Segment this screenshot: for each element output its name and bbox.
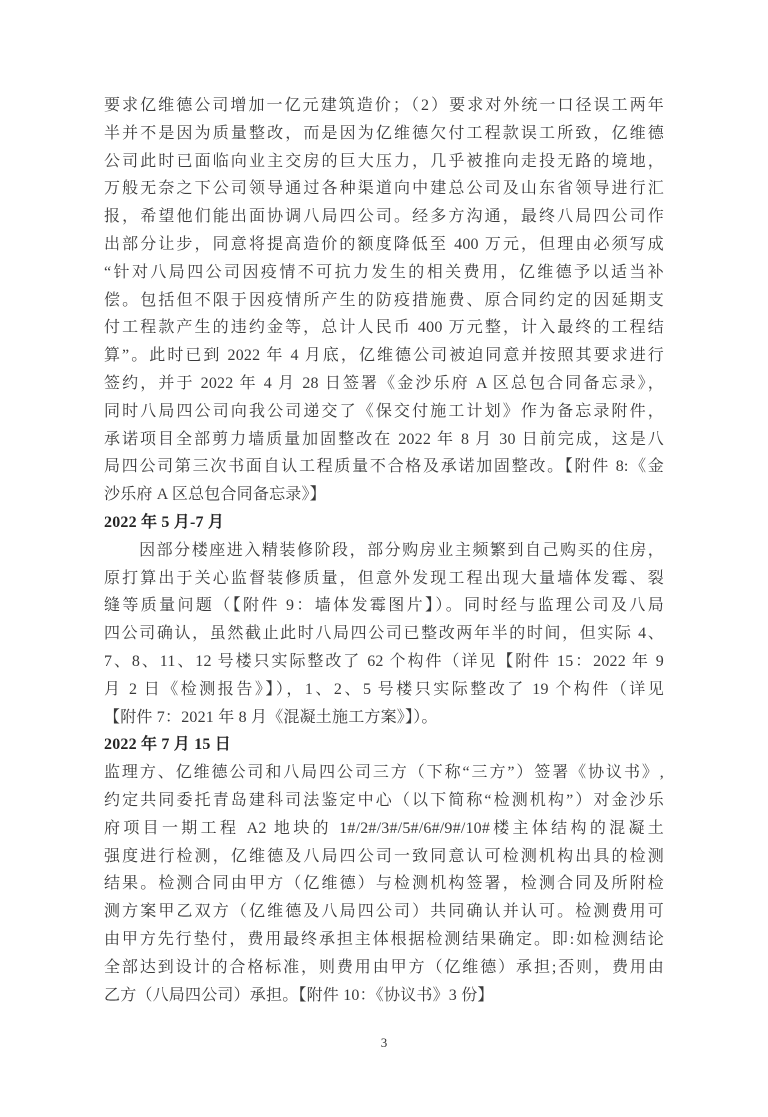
text-line: 原打算出于关心监督装修质量，但意外发现工程出现大量墙体发霉、裂: [104, 565, 664, 593]
text-line: 报，希望他们能出面协调八局四公司。经多方沟通，最终八局四公司作: [104, 203, 664, 231]
text-line: 约定共同委托青岛建科司法鉴定中心（以下简称“检测机构”）对金沙乐: [104, 787, 664, 815]
document-page: 要求亿维德公司增加一亿元建筑造价；（2）要求对外统一口径误工两年半并不是因为质量…: [0, 0, 768, 1117]
text-line: 四公司确认，虽然截止此时八局四公司已整改两年半的时间，但实际 4、: [104, 620, 664, 648]
text-line: 因部分楼座进入精装修阶段，部分购房业主频繁到自己购买的住房，: [104, 537, 664, 565]
text-line: 要求亿维德公司增加一亿元建筑造价；（2）要求对外统一口径误工两年: [104, 92, 664, 120]
text-line: 月 2 日《检测报告》】），1、2、5 号楼只实际整改了 19 个构件（详见: [104, 676, 664, 704]
text-line: 算”。此时已到 2022 年 4 月底，亿维德公司被迫同意并按照其要求进行: [104, 342, 664, 370]
text-line: 结果。检测合同由甲方（亿维德）与检测机构签署，检测合同及所附检: [104, 870, 664, 898]
paragraph-contract-negotiation: 要求亿维德公司增加一亿元建筑造价；（2）要求对外统一口径误工两年半并不是因为质量…: [104, 92, 664, 509]
text-line: 缝等质量问题（【附件 9：墙体发霉图片】）。同时经与监理公司及八局: [104, 592, 664, 620]
text-line: 监理方、亿维德公司和八局四公司三方（下称“三方”）签署《协议书》,: [104, 759, 664, 787]
text-line: 测方案甲乙双方（亿维德及八局四公司）共同确认并认可。检测费用可: [104, 898, 664, 926]
text-line: 沙乐府 A 区总包合同备忘录》】: [104, 481, 664, 509]
heading-line: 2022 年 5 月-7 月: [104, 509, 664, 537]
page-number: 3: [0, 1034, 768, 1052]
text-line: 7、8、11、12 号楼只实际整改了 62 个构件（详见【附件 15：2022 …: [104, 648, 664, 676]
text-line: 由甲方先行垫付，费用最终承担主体根据检测结果确定。即:如检测结论: [104, 926, 664, 954]
text-line: 公司此时已面临向业主交房的巨大压力，几乎被推向走投无路的境地，: [104, 148, 664, 176]
text-line: 强度进行检测，亿维德及八局四公司一致同意认可检测机构出具的检测: [104, 843, 664, 871]
text-line: 承诺项目全部剪力墙质量加固整改在 2022 年 8 月 30 日前完成，这是八: [104, 426, 664, 454]
paragraph-tripartite-agreement: 监理方、亿维德公司和八局四公司三方（下称“三方”）签署《协议书》,约定共同委托青…: [104, 759, 664, 1009]
text-line: 签约，并于 2022 年 4 月 28 日签署《金沙乐府 A 区总包合同备忘录》…: [104, 370, 664, 398]
text-line: 偿。包括但不限于因疫情所产生的防疫措施费、原合同约定的因延期支: [104, 287, 664, 315]
paragraph-renovation-quality-issues: 因部分楼座进入精装修阶段，部分购房业主频繁到自己购买的住房，原打算出于关心监督装…: [104, 537, 664, 732]
text-line: 半并不是因为质量整改，而是因为亿维德欠付工程款误工所致，亿维德: [104, 120, 664, 148]
text-line: 乙方（八局四公司）承担。【附件 10：《协议书》3 份】: [104, 982, 664, 1010]
text-line: 同时八局四公司向我公司递交了《保交付施工计划》作为备忘录附件，: [104, 398, 664, 426]
date-heading-2022-may-jul: 2022 年 5 月-7 月: [104, 509, 664, 537]
text-line: 全部达到设计的合格标准，则费用由甲方（亿维德）承担;否则，费用由: [104, 954, 664, 982]
text-line: “针对八局四公司因疫情不可抗力发生的相关费用，亿维德予以适当补: [104, 259, 664, 287]
text-line: 出部分让步，同意将提高造价的额度降低至 400 万元，但理由必须写成: [104, 231, 664, 259]
heading-line: 2022 年 7 月 15 日: [104, 731, 664, 759]
document-body: 要求亿维德公司增加一亿元建筑造价；（2）要求对外统一口径误工两年半并不是因为质量…: [104, 92, 664, 1009]
text-line: 府项目一期工程 A2 地块的 1#/2#/3#/5#/6#/9#/10#楼主体结…: [104, 815, 664, 843]
text-line: 【附件 7：2021 年 8 月《混凝土施工方案》】）。: [104, 704, 664, 732]
text-line: 付工程款产生的违约金等，总计人民币 400 万元整，计入最终的工程结: [104, 314, 664, 342]
text-line: 万般无奈之下公司领导通过各种渠道向中建总公司及山东省领导进行汇: [104, 175, 664, 203]
date-heading-2022-jul-15: 2022 年 7 月 15 日: [104, 731, 664, 759]
text-line: 局四公司第三次书面自认工程质量不合格及承诺加固整改。【附件 8:《金: [104, 453, 664, 481]
